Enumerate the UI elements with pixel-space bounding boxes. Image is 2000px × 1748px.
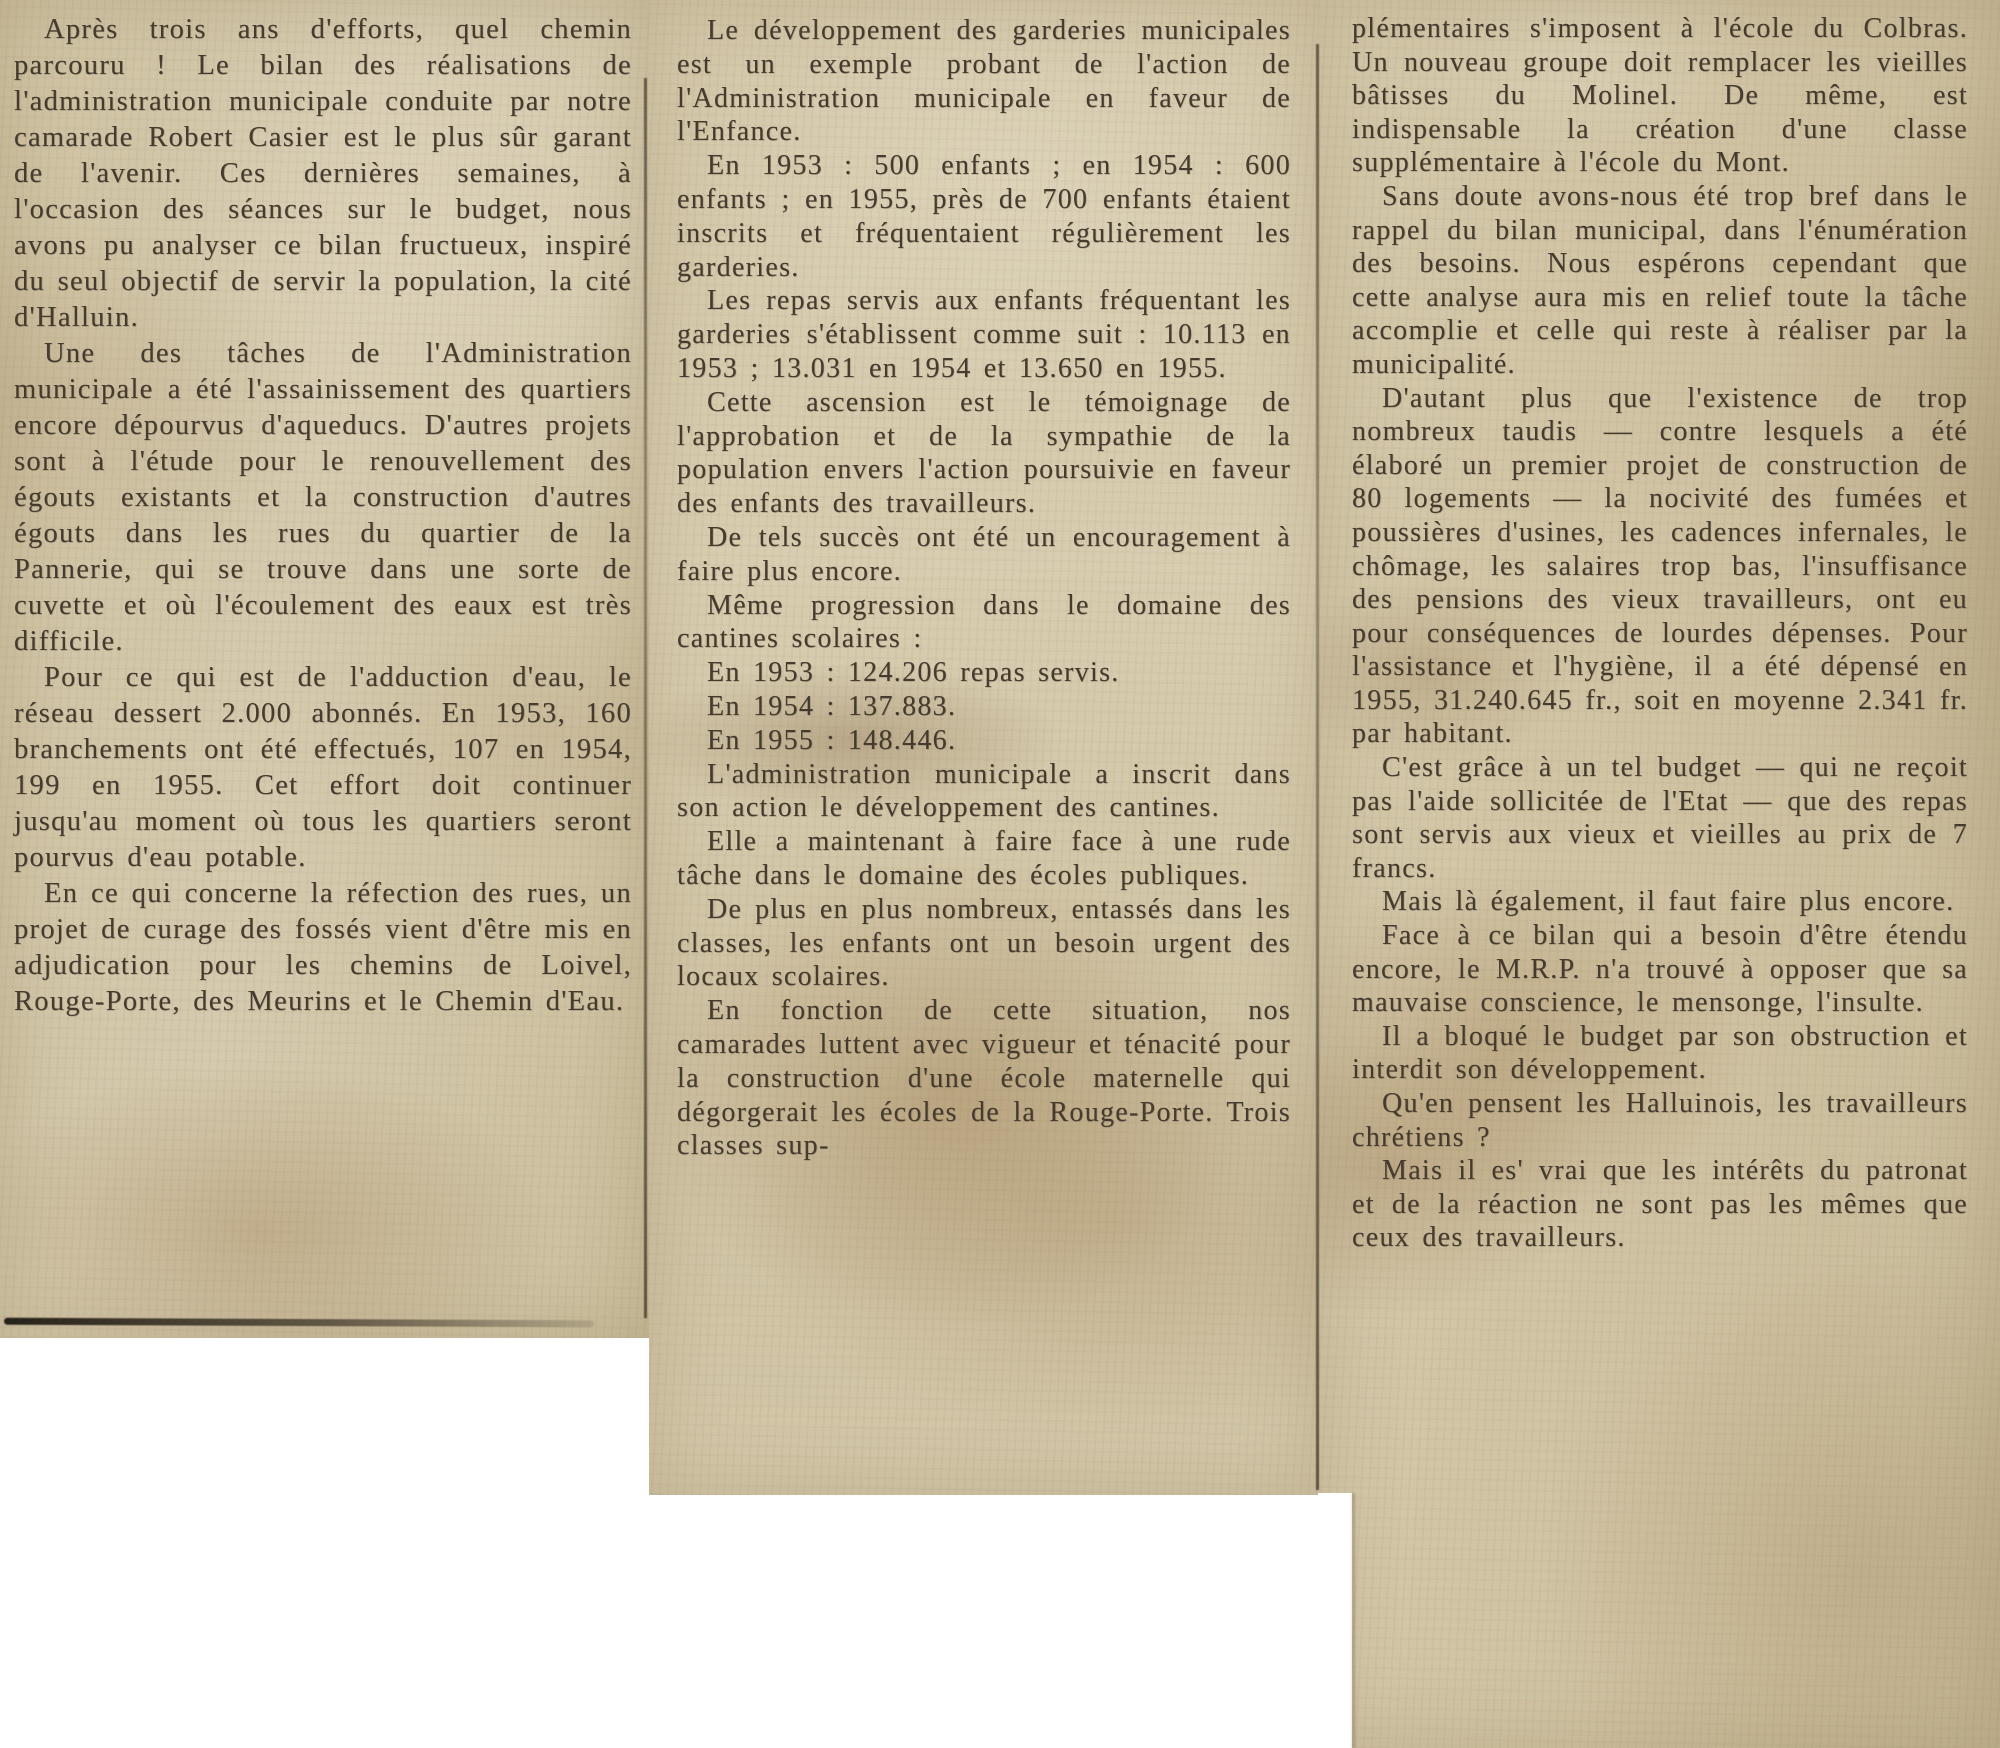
paragraph: En ce qui concerne la réfection des rues…	[14, 876, 632, 1020]
clipping-piece-column-3: plémentaires s'imposent à l'école du Col…	[1318, 0, 2000, 1748]
paragraph: plémentaires s'imposent à l'école du Col…	[1352, 12, 1968, 180]
paragraph: Même progression dans le domaine des can…	[677, 589, 1291, 657]
column-divider-rule-1	[644, 78, 647, 1318]
clipping-piece-column-2: Le développement des garderies municipal…	[649, 0, 1318, 1495]
paragraph: Le développement des garderies municipal…	[677, 14, 1291, 149]
clipping-piece-column-1: Après trois ans d'efforts, quel chemin p…	[0, 0, 649, 1338]
paragraph: En 1953 : 124.206 repas servis.	[677, 656, 1291, 690]
paragraph: Qu'en pensent les Halluinois, les travai…	[1352, 1087, 1968, 1154]
paragraph: De tels succès ont été un encouragement …	[677, 521, 1291, 589]
paragraph: Face à ce bilan qui a besoin d'être éten…	[1352, 919, 1968, 1020]
column-divider-rule-2	[1316, 44, 1319, 1490]
paragraph: En 1955 : 148.446.	[677, 724, 1291, 758]
scanned-newspaper-page: Après trois ans d'efforts, quel chemin p…	[0, 0, 2000, 1748]
paragraph: Mais il es' vrai que les intérêts du pat…	[1352, 1154, 1968, 1255]
paragraph: De plus en plus nombreux, entassés dans …	[677, 893, 1291, 994]
article-column-3: plémentaires s'imposent à l'école du Col…	[1352, 12, 1968, 1255]
paragraph: En fonction de cette situation, nos cama…	[677, 994, 1291, 1163]
paragraph: En 1954 : 137.883.	[677, 690, 1291, 724]
paragraph: Cette ascension est le témoignage de l'a…	[677, 386, 1291, 521]
paragraph: Sans doute avons-nous été trop bref dans…	[1352, 180, 1968, 382]
paragraph: Les repas servis aux enfants fréquentant…	[677, 284, 1291, 385]
paragraph: Mais là également, il faut faire plus en…	[1352, 885, 1968, 919]
paragraph: Après trois ans d'efforts, quel chemin p…	[14, 12, 632, 336]
paragraph: D'autant plus que l'existence de trop no…	[1352, 382, 1968, 752]
paragraph: Une des tâches de l'Administration munic…	[14, 336, 632, 660]
paragraph: Il a bloqué le budget par son obstructio…	[1352, 1020, 1968, 1087]
column-1-bottom-rule	[4, 1318, 594, 1328]
paragraph: Elle a maintenant à faire face à une rud…	[677, 825, 1291, 893]
paragraph: C'est grâce à un tel budget — qui ne reç…	[1352, 751, 1968, 885]
paragraph: L'administration municipale a inscrit da…	[677, 758, 1291, 826]
article-column-1: Après trois ans d'efforts, quel chemin p…	[14, 12, 632, 1020]
page-background-notch	[1318, 1493, 1352, 1748]
paragraph: Pour ce qui est de l'adduction d'eau, le…	[14, 660, 632, 876]
article-column-2: Le développement des garderies municipal…	[677, 14, 1291, 1163]
clipping-torn-edge	[1352, 1493, 1355, 1748]
paragraph: En 1953 : 500 enfants ; en 1954 : 600 en…	[677, 149, 1291, 284]
